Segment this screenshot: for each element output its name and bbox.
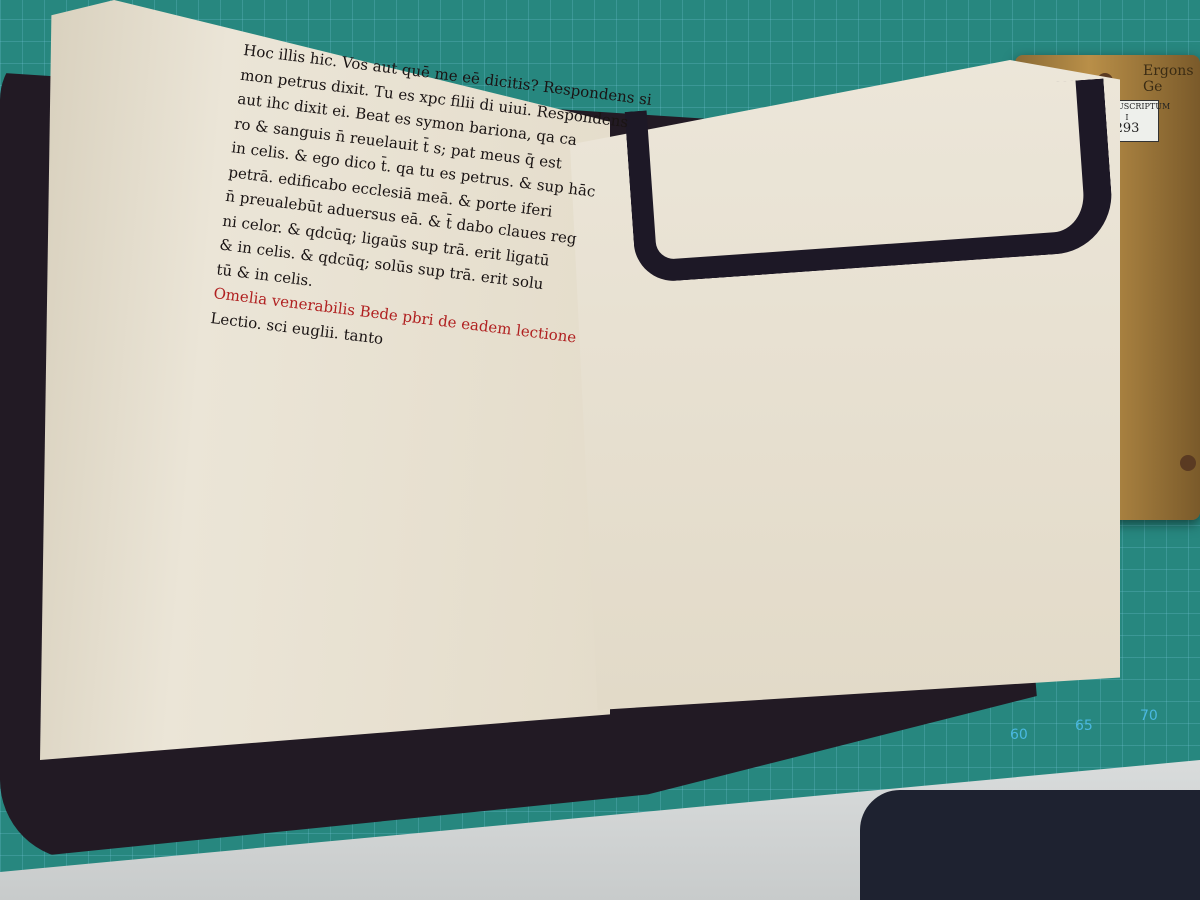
ruler-number: 60 [1010, 727, 1028, 743]
ruler-number: 70 [1140, 708, 1158, 724]
left-page-text: Hoc illis hic. Vos aut quē me eē dicitis… [209, 38, 653, 380]
spine-title: Ergons Ge [1143, 63, 1200, 95]
person-foot [860, 790, 1200, 900]
rivet-icon [1180, 455, 1196, 471]
ruler-number: 65 [1075, 718, 1093, 734]
velvet-strap [625, 78, 1116, 283]
